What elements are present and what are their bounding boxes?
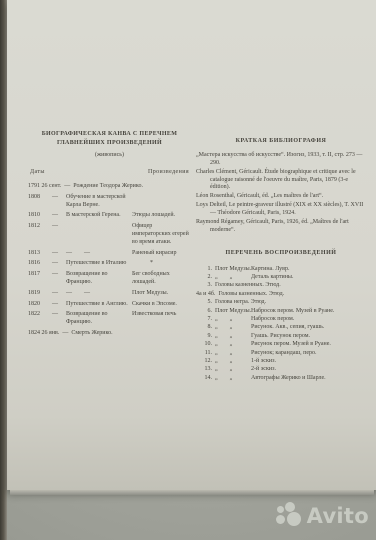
item-detail: Голова негра. Этюд. <box>215 298 366 306</box>
row-date: 1820 <box>28 301 52 309</box>
row-event: Путешествие в Англию. <box>66 301 132 309</box>
list-item: 2. „ „ Деталь картины. <box>196 273 366 281</box>
row-work: Скачки в Эпсоме. <box>132 301 191 309</box>
item-detail: Головы казненных. Этюд. <box>215 281 366 289</box>
listing-photo: БИОГРАФИЧЕСКАЯ КАНВА С ПЕРЕЧНЕМ ГЛАВНЕЙШ… <box>0 0 376 540</box>
bibliography-entry: Charles Clément, Géricault. Étude biogra… <box>196 169 366 193</box>
row-date: 1817 <box>28 271 52 287</box>
table-row: 1791 26 сент.—Рождение Теодора Жерико. <box>28 183 191 191</box>
list-item: 14. „ „ Автографы Жерико и Шарле. <box>196 374 366 382</box>
item-number: 12. <box>196 357 215 365</box>
page-bottom-edge <box>10 490 374 495</box>
row-dash: — <box>64 183 70 189</box>
item-detail: Картина. Лувр. <box>251 265 366 273</box>
item-ditto-marks: „ „ <box>215 357 251 365</box>
item-ditto-marks: „ „ <box>215 340 251 348</box>
row-date: 1791 26 сент. <box>28 183 61 189</box>
row-event: Возвращение во Францию. <box>66 311 132 327</box>
item-work: Плот Медузы. <box>215 307 251 315</box>
item-ditto-marks: „ „ <box>215 332 251 340</box>
row-work: Бег свободных лошадей. <box>132 271 191 287</box>
table-row: 1822 — Возвращение во Францию. Известков… <box>28 311 191 327</box>
table-row: 1812 — Офицер императорских егерей во вр… <box>28 223 191 246</box>
row-dash: — <box>52 290 66 298</box>
book-spine-edge <box>0 0 7 540</box>
biography-title-line1: БИОГРАФИЧЕСКАЯ КАНВА С ПЕРЕЧНЕМ <box>28 130 191 139</box>
item-number: 13. <box>196 365 215 373</box>
item-detail: Головы казненных. Этюд. <box>218 290 366 298</box>
list-item: 5. Голова негра. Этюд. <box>196 298 366 306</box>
table-row: 1817 — Возвращение во Францию. Бег свобо… <box>28 271 191 287</box>
dates-column-header: Даты <box>30 169 45 177</box>
item-detail: 2-й эскиз. <box>251 365 366 373</box>
biography-column: БИОГРАФИЧЕСКАЯ КАНВА С ПЕРЕЧНЕМ ГЛАВНЕЙШ… <box>28 130 191 341</box>
item-detail: Рисунок; карандаш, перо. <box>251 349 366 357</box>
avito-watermark: Avito <box>276 502 369 529</box>
table-row: 1813 — — — Раненый кирасир <box>28 250 191 258</box>
reproductions-title: ПЕРЕЧЕНЬ ВОСПРОИЗВЕДЕНИЙ <box>196 250 366 258</box>
item-detail: 1-й эскиз. <box>251 357 366 365</box>
row-event: Рождение Теодора Жерико. <box>73 183 143 189</box>
table-row: 1816 — Путешествие в Италию * <box>28 260 191 268</box>
row-date: 1810 <box>28 212 52 220</box>
list-item: 1. Плот Медузы. Картина. Лувр. <box>196 265 366 273</box>
row-date: 1819 <box>28 290 52 298</box>
table-row: 1810 — В мастерской Герена. Этюды лошаде… <box>28 212 191 220</box>
row-date: 1822 <box>28 311 52 327</box>
row-dash: — <box>52 250 66 258</box>
list-item: 4а и 4б. Головы казненных. Этюд. <box>196 290 366 298</box>
item-number: 3. <box>196 281 215 289</box>
item-number: 9. <box>196 332 215 340</box>
item-ditto-marks: „ „ <box>215 273 251 281</box>
avito-brand-text: Avito <box>307 504 369 528</box>
row-dash: — <box>62 330 68 336</box>
list-item: 3. Головы казненных. Этюд. <box>196 281 366 289</box>
row-dash: — <box>52 194 66 210</box>
row-date: 1812 <box>28 223 52 246</box>
item-detail: Набросок пером. Музей в Руане. <box>251 307 366 315</box>
item-number: 7. <box>196 315 215 323</box>
row-date: 1816 <box>28 260 52 268</box>
item-detail: Деталь картины. <box>251 273 366 281</box>
item-number: 1. <box>196 265 215 273</box>
list-item: 7. „ „ Набросок пером. <box>196 315 366 323</box>
row-work: Плот Медузы. <box>132 290 191 298</box>
list-item: 6. Плот Медузы. Набросок пером. Музей в … <box>196 307 366 315</box>
row-event: В мастерской Герена. <box>66 212 132 220</box>
item-detail: Рисунок пером. Музей в Руане. <box>251 340 366 348</box>
row-event: — — <box>66 250 132 258</box>
bibliography-entry: „Мастера искусства об искусстве“. Изогиз… <box>196 152 366 168</box>
item-ditto-marks: „ „ <box>215 374 251 382</box>
avito-logo-icon <box>276 502 303 529</box>
list-item: 11. „ „ Рисунок; карандаш, перо. <box>196 349 366 357</box>
item-number: 8. <box>196 323 215 331</box>
item-work: Плот Медузы. <box>215 265 251 273</box>
item-number: 11. <box>196 349 215 357</box>
row-work: * <box>132 260 191 268</box>
bibliography-column: КРАТКАЯ БИБЛИОГРАФИЯ „Мастера искусства … <box>196 138 366 382</box>
row-work: Раненый кирасир <box>132 250 191 258</box>
row-work: Известковая печь <box>132 311 191 327</box>
item-number: 10. <box>196 340 215 348</box>
bibliography-title: КРАТКАЯ БИБЛИОГРАФИЯ <box>196 138 366 146</box>
item-ditto-marks: „ „ <box>215 349 251 357</box>
biography-title-line2: ГЛАВНЕЙШИХ ПРОИЗВЕДЕНИЙ <box>28 139 191 148</box>
bibliography-entry: Loys Delteil, Le peintre-graveur illustr… <box>196 202 366 218</box>
item-number: 5. <box>196 298 215 306</box>
biography-subtitle: (живопись) <box>28 152 191 160</box>
table-headers: Даты Произведения <box>30 169 189 177</box>
table-row: 1824 26 янв.—Смерть Жерико. <box>28 330 191 338</box>
row-work: Этюды лошадей. <box>132 212 191 220</box>
row-event: Возвращение во Францию. <box>66 271 132 287</box>
row-dash: — <box>52 212 66 220</box>
biography-title: БИОГРАФИЧЕСКАЯ КАНВА С ПЕРЕЧНЕМ ГЛАВНЕЙШ… <box>28 130 191 147</box>
row-dash: — <box>52 223 66 246</box>
works-column-header: Произведения <box>148 169 189 177</box>
item-number: 2. <box>196 273 215 281</box>
table-row: 1820 — Путешествие в Англию. Скачки в Эп… <box>28 301 191 309</box>
item-number: 14. <box>196 374 215 382</box>
list-item: 9. „ „ Гуашь. Рисунок пером. <box>196 332 366 340</box>
list-item: 8. „ „ Рисунок. Акв., сепия, гуашь. <box>196 323 366 331</box>
row-dash: — <box>52 311 66 327</box>
row-event: Обучение в мастерской Карла Верне. <box>66 194 132 210</box>
row-event: — — <box>66 290 132 298</box>
item-ditto-marks: „ „ <box>215 323 251 331</box>
list-item: 13. „ „ 2-й эскиз. <box>196 365 366 373</box>
bibliography-entry: Raymond Régamey, Géricault, Paris, 1926,… <box>196 219 366 235</box>
row-date: 1813 <box>28 250 52 258</box>
row-work <box>132 194 191 210</box>
bibliography-entry: Léon Rosenthal, Géricault, éd. „Les maît… <box>196 193 366 201</box>
table-row: 1808 — Обучение в мастерской Карла Верне… <box>28 194 191 210</box>
item-detail: Набросок пером. <box>251 315 366 323</box>
item-ditto-marks: „ „ <box>215 365 251 373</box>
row-date: 1808 <box>28 194 52 210</box>
row-event: Смерть Жерико. <box>71 330 112 336</box>
list-item: 12. „ „ 1-й эскиз. <box>196 357 366 365</box>
row-event: Путешествие в Италию <box>66 260 132 268</box>
item-ditto-marks: „ „ <box>215 315 251 323</box>
row-event <box>66 223 132 246</box>
item-detail: Рисунок. Акв., сепия, гуашь. <box>251 323 366 331</box>
list-item: 10. „ „ Рисунок пером. Музей в Руане. <box>196 340 366 348</box>
table-row: 1819 — — — Плот Медузы. <box>28 290 191 298</box>
item-number: 6. <box>196 307 215 315</box>
item-number: 4а и 4б. <box>196 290 218 298</box>
row-dash: — <box>52 260 66 268</box>
item-detail: Гуашь. Рисунок пером. <box>251 332 366 340</box>
row-date: 1824 26 янв. <box>28 330 59 336</box>
row-dash: — <box>52 301 66 309</box>
item-detail: Автографы Жерико и Шарле. <box>251 374 366 382</box>
row-dash: — <box>52 271 66 287</box>
row-work: Офицер императорских егерей во время ата… <box>132 223 191 246</box>
